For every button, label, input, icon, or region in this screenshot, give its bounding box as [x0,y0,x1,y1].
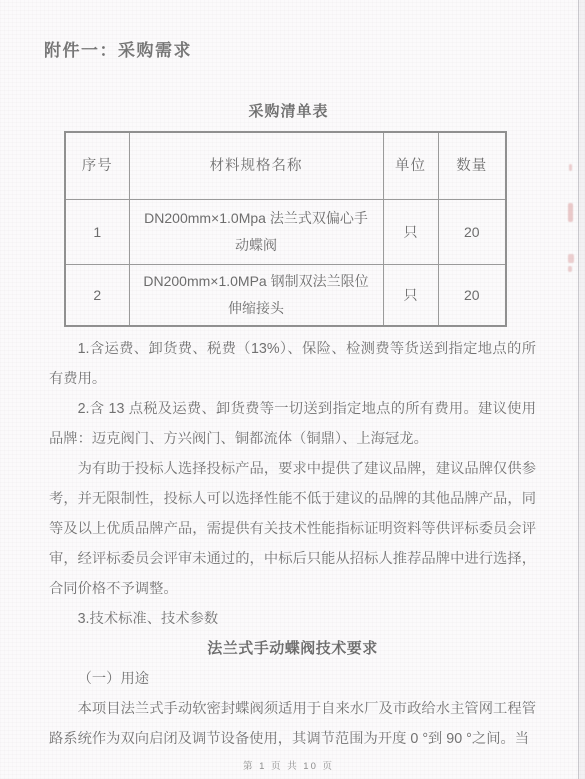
cell-unit: 只 [383,200,438,265]
cell-name: DN200mm×1.0Mpa 法兰式双偏心手动蝶阀 [129,200,383,265]
table-title: 采购清单表 [0,100,577,121]
cell-qty: 20 [438,265,506,327]
header-cell-no: 序号 [65,132,129,200]
ink-bleed-mark [568,266,572,272]
document-body: 1.含运费、卸货费、税费（13%）、保险、检测费等货送到指定地点的所有费用。 2… [49,334,536,754]
header-cell-unit: 单位 [383,132,438,200]
paragraph-usage-body: 本项目法兰式手动软密封蝶阀须适用于自来水厂及市政给水主管网工程管路系统作为双向启… [49,694,536,754]
header-cell-name: 材料规格名称 [129,132,383,200]
scanner-edge-artifact [578,0,585,779]
table-header-row: 序号 材料规格名称 单位 数量 [65,132,506,200]
paragraph-fees: 1.含运费、卸货费、税费（13%）、保险、检测费等货送到指定地点的所有费用。 [49,334,536,394]
cell-no: 2 [65,265,129,327]
cell-qty: 20 [438,200,506,265]
ink-bleed-mark [568,254,574,263]
paragraph-usage-label: （一）用途 [49,664,536,694]
table-row: 2 DN200mm×1.0MPa 钢制双法兰限位伸缩接头 只 20 [65,265,506,327]
purchase-list-table: 序号 材料规格名称 单位 数量 1 DN200mm×1.0Mpa 法兰式双偏心手… [64,131,507,327]
cell-name: DN200mm×1.0MPa 钢制双法兰限位伸缩接头 [129,265,383,327]
paragraph-tech-standards: 3.技术标准、技术参数 [49,604,536,634]
cell-unit: 只 [383,265,438,327]
paragraph-tax-brands: 2.含 13 点税及运费、卸货费等一切送到指定地点的所有费用。建议使用品牌：迈克… [49,394,536,454]
document-title: 附件一：采购需求 [44,36,192,61]
paragraph-brand-policy: 为有助于投标人选择投标产品，要求中提供了建议品牌，建议品牌仅供参考，并无限制性，… [49,454,536,604]
table-row: 1 DN200mm×1.0Mpa 法兰式双偏心手动蝶阀 只 20 [65,200,506,265]
cell-no: 1 [65,200,129,265]
section-heading-butterfly-valve: 法兰式手动蝶阀技术要求 [49,634,536,664]
page-number-footer: 第 1 页 共 10 页 [0,758,577,772]
ink-bleed-mark [569,164,572,171]
ink-bleed-mark [568,203,573,222]
header-cell-qty: 数量 [438,132,506,200]
scanned-document-page: 附件一：采购需求 采购清单表 序号 材料规格名称 单位 数量 1 DN200mm… [0,0,585,779]
